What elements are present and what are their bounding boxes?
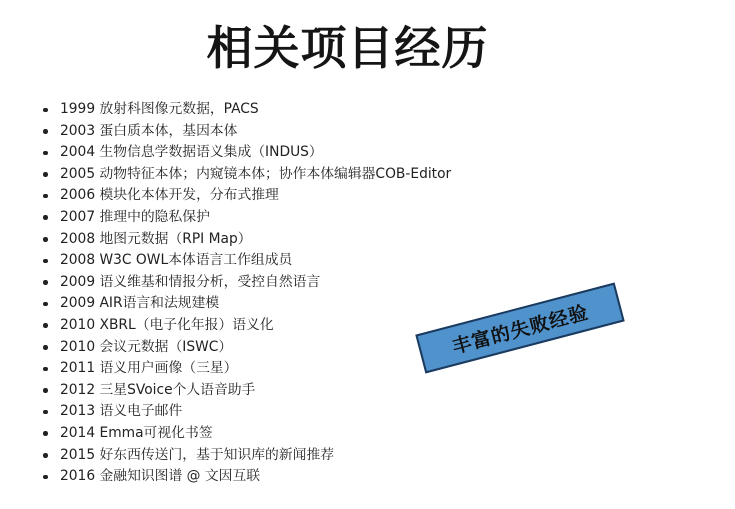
list-item: 2012 三星SVoice个人语音助手 (42, 380, 725, 402)
list-item-text: 2005 动物特征本体；内窥镜本体；协作本体编辑器COB-Editor (60, 166, 451, 182)
bullet-icon (43, 388, 48, 393)
list-item: 2009 语义维基和情报分析，受控自然语言 (42, 272, 725, 294)
list-item-text: 2003 蛋白质本体，基因本体 (60, 123, 237, 139)
list-item-text: 2016 金融知识图谱 @ 文因互联 (60, 468, 260, 484)
list-item: 2008 地图元数据（RPI Map） (42, 229, 725, 251)
list-item-text: 2008 地图元数据（RPI Map） (60, 231, 252, 247)
bullet-icon (43, 237, 48, 242)
list-item: 2014 Emma可视化书签 (42, 423, 725, 445)
bullet-icon (43, 302, 48, 307)
list-item-text: 2007 推理中的隐私保护 (60, 209, 210, 225)
list-item-text: 2010 XBRL（电子化年报）语义化 (60, 317, 274, 333)
list-item: 2003 蛋白质本体，基因本体 (42, 121, 725, 143)
list-item-text: 2009 语义维基和情报分析，受控自然语言 (60, 274, 320, 290)
list-item: 2006 模块化本体开发，分布式推理 (42, 185, 725, 207)
project-list: 1999 放射科图像元数据，PACS 2003 蛋白质本体，基因本体 2004 … (42, 99, 725, 488)
bullet-icon (43, 453, 48, 458)
list-item-text: 2013 语义电子邮件 (60, 403, 182, 419)
list-item: 2004 生物信息学数据语义集成（INDUS） (42, 142, 725, 164)
list-item: 2011 语义用户画像（三星） (42, 358, 725, 380)
bullet-icon (43, 108, 48, 113)
list-item: 2009 AIR语言和法规建模 (42, 293, 725, 315)
list-item: 2013 语义电子邮件 (42, 401, 725, 423)
bullet-icon (43, 259, 48, 264)
list-item: 2007 推理中的隐私保护 (42, 207, 725, 229)
bullet-icon (43, 431, 48, 436)
list-item-text: 2010 会议元数据（ISWC） (60, 339, 232, 355)
list-item-text: 2008 W3C OWL本体语言工作组成员 (60, 252, 292, 268)
list-item-text: 2011 语义用户画像（三星） (60, 360, 237, 376)
list-item-text: 2012 三星SVoice个人语音助手 (60, 382, 255, 398)
list-item: 2008 W3C OWL本体语言工作组成员 (42, 250, 725, 272)
slide: 相关项目经历 1999 放射科图像元数据，PACS 2003 蛋白质本体，基因本… (0, 0, 735, 509)
bullet-icon (43, 410, 48, 415)
page-title: 相关项目经历 (0, 18, 735, 78)
bullet-icon (43, 475, 48, 480)
bullet-icon (43, 215, 48, 220)
list-item-text: 2004 生物信息学数据语义集成（INDUS） (60, 144, 323, 160)
list-item: 2016 金融知识图谱 @ 文因互联 (42, 466, 725, 488)
list-item: 1999 放射科图像元数据，PACS (42, 99, 725, 121)
bullet-icon (43, 323, 48, 328)
list-item-text: 2006 模块化本体开发，分布式推理 (60, 187, 279, 203)
list-item: 2005 动物特征本体；内窥镜本体；协作本体编辑器COB-Editor (42, 164, 725, 186)
bullet-icon (43, 280, 48, 285)
bullet-icon (43, 367, 48, 372)
bullet-icon (43, 345, 48, 350)
bullet-icon (43, 194, 48, 199)
bullet-icon (43, 172, 48, 177)
bullet-icon (43, 129, 48, 134)
bullet-icon (43, 151, 48, 156)
list-item-text: 1999 放射科图像元数据，PACS (60, 101, 259, 117)
list-item-text: 2009 AIR语言和法规建模 (60, 295, 219, 311)
list-item: 2010 会议元数据（ISWC） (42, 337, 725, 359)
list-item-text: 2014 Emma可视化书签 (60, 425, 213, 441)
list-item: 2015 好东西传送门，基于知识库的新闻推荐 (42, 445, 725, 467)
list-item-text: 2015 好东西传送门，基于知识库的新闻推荐 (60, 447, 334, 463)
